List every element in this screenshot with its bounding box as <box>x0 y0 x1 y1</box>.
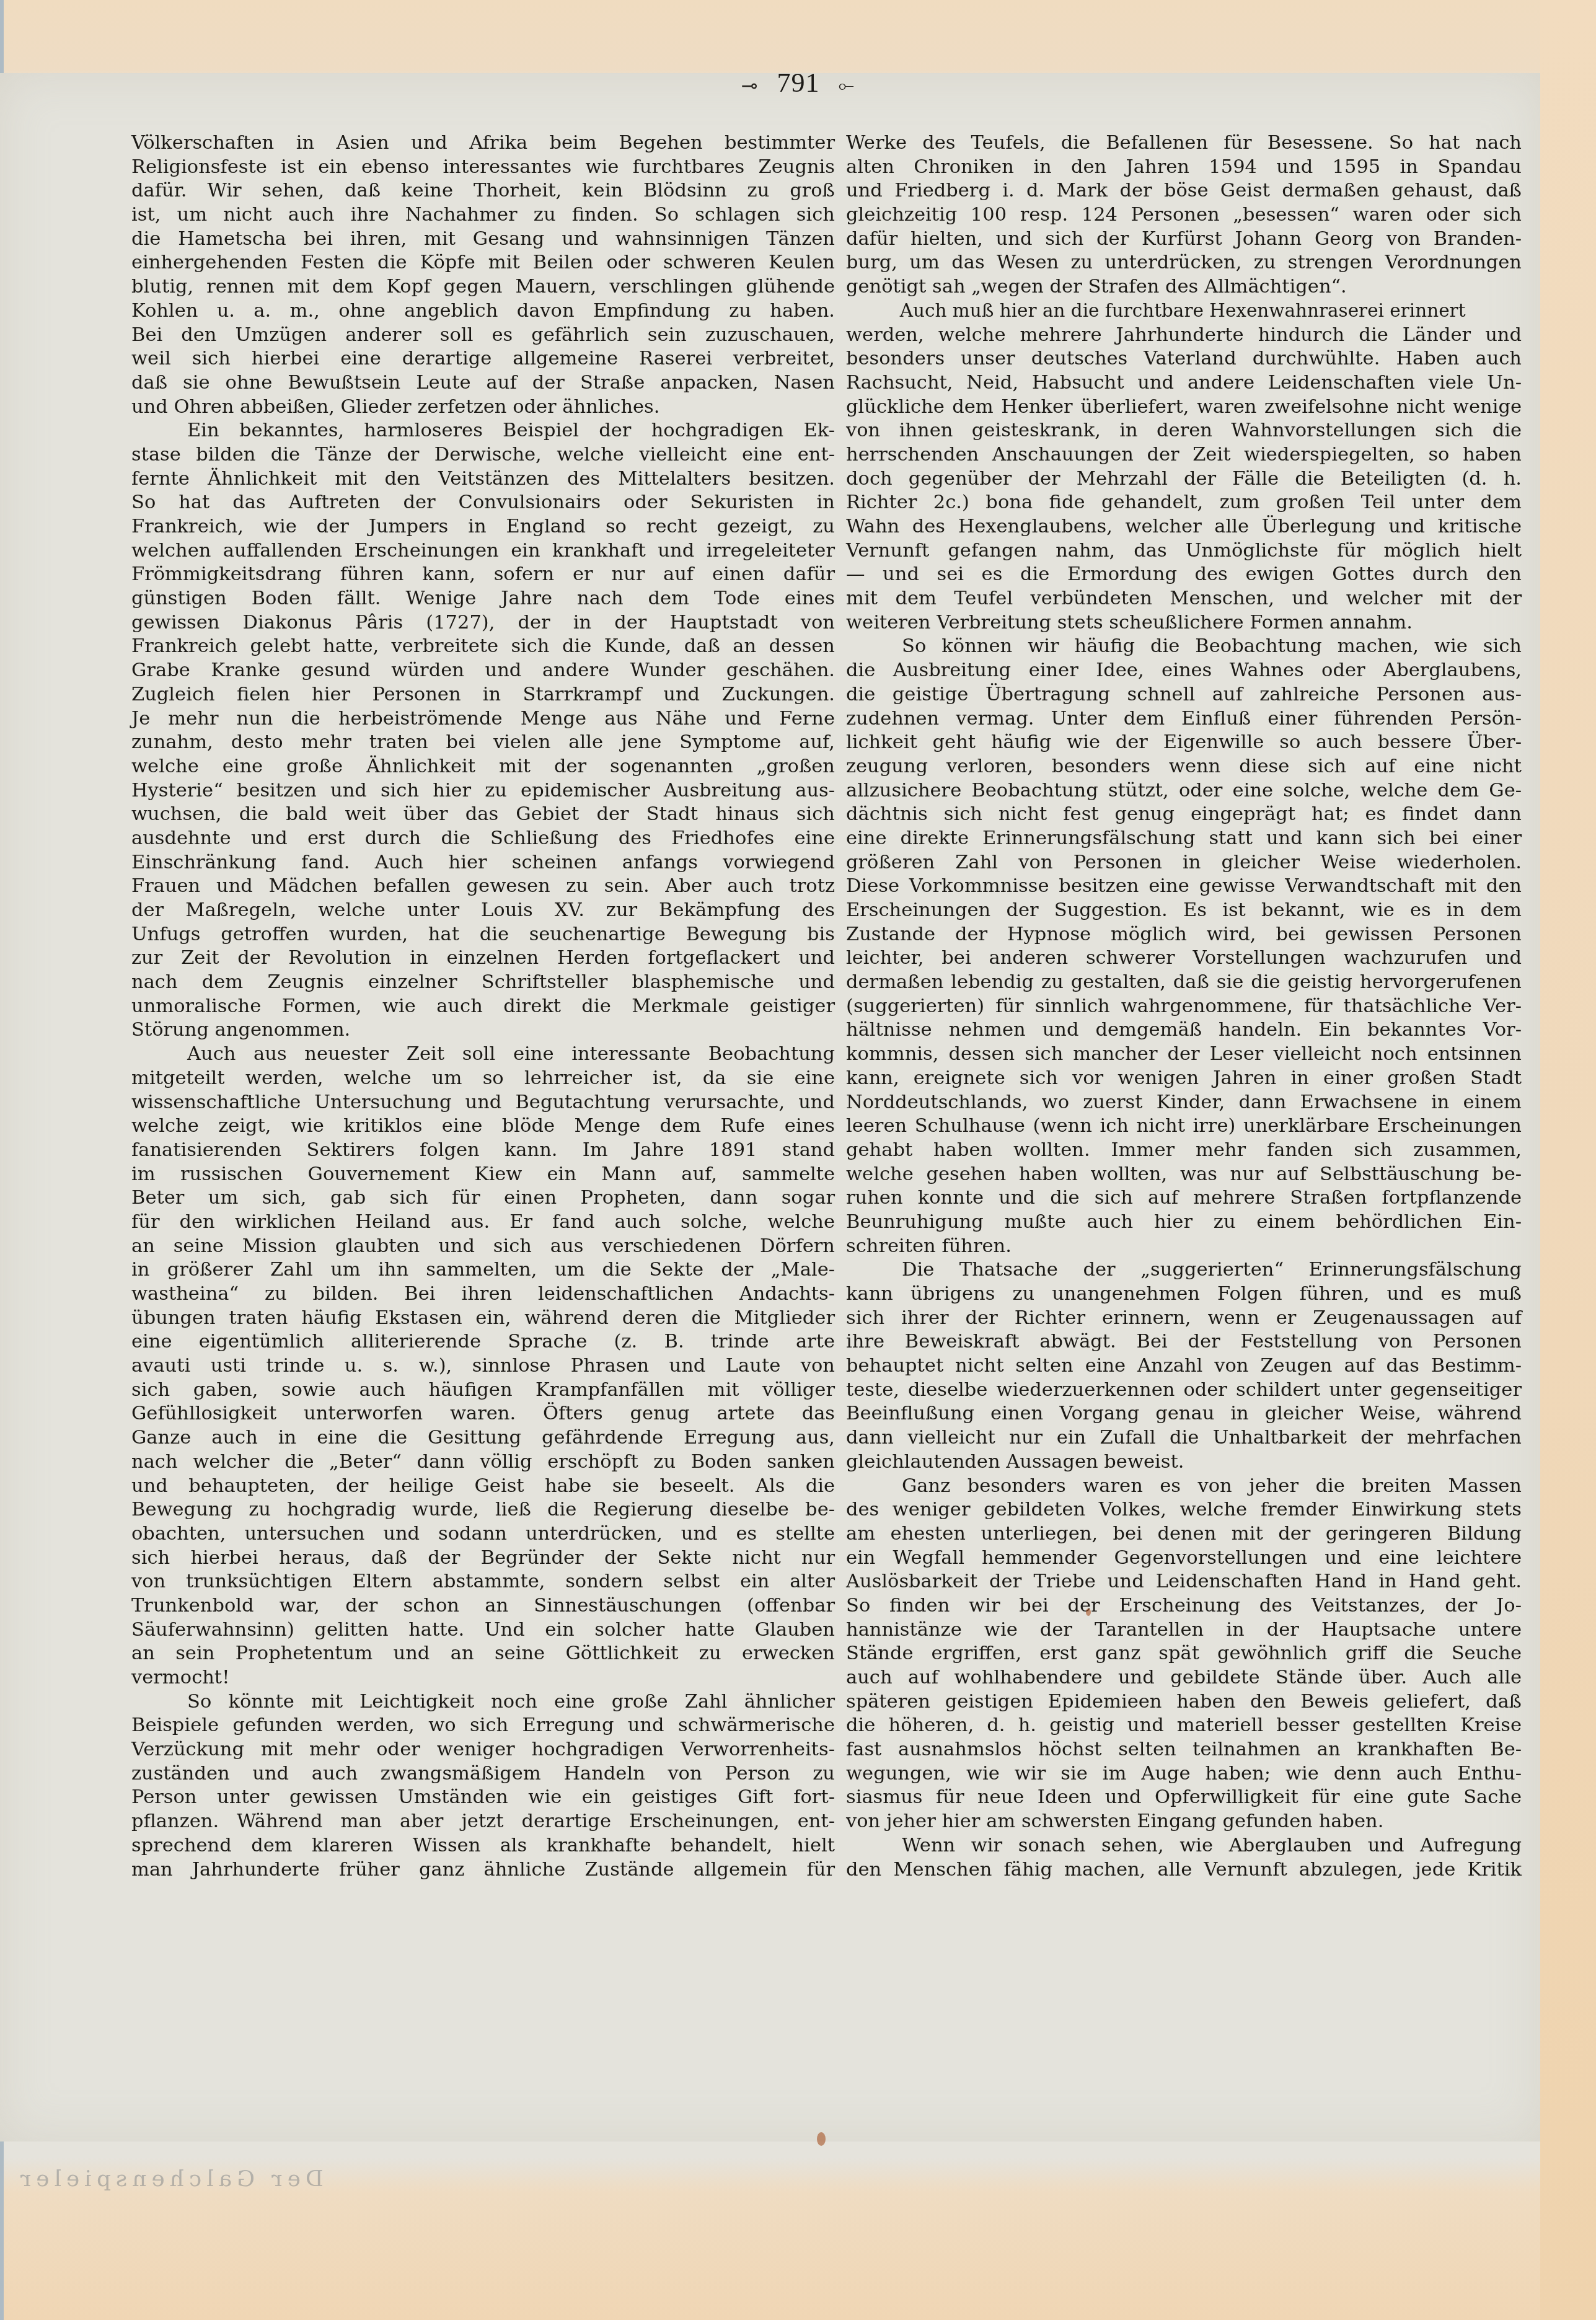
text-line: zunahm, desto mehr traten bei vielen all… <box>131 731 835 755</box>
page-right-margin <box>1540 0 1596 2320</box>
text-line: ausdehnte und erst durch die Schließung … <box>131 827 835 851</box>
text-line: ein Wegfall hemmender Gegenvorstellungen… <box>846 1546 1522 1571</box>
text-line: gleichlautenden Aussagen beweist. <box>846 1450 1522 1475</box>
text-line: mitgeteilt werden, welche um so lehrreic… <box>131 1067 835 1091</box>
text-line: Norddeutschlands, wo zuerst Kinder, dann… <box>846 1091 1522 1115</box>
text-line: Bewegung zu hochgradig wurde, ließ die R… <box>131 1498 835 1522</box>
text-line: Vernunft gefangen nahm, das Unmöglichste… <box>846 539 1522 563</box>
paragraph: Wenn wir sonach sehen, wie Aberglauben u… <box>846 1834 1522 1882</box>
text-line: Kohlen u. a. m., ohne angeblich davon Em… <box>131 299 835 324</box>
text-line: Beeinflußung einen Vorgang genau in glei… <box>846 1402 1522 1426</box>
page-number: 791 <box>777 68 820 98</box>
text-line: fanatisierenden Sektirers folgen kann. I… <box>131 1139 835 1163</box>
text-line: (suggerierten) für sinnlich wahrgenommen… <box>846 995 1522 1019</box>
text-line: Auslösbarkeit der Triebe und Leidenschaf… <box>846 1570 1522 1594</box>
text-line: Person unter gewissen Umständen wie ein … <box>131 1786 835 1810</box>
text-line: an sein Prophetentum und an seine Göttli… <box>131 1642 835 1666</box>
text-line: des weniger gebildeten Volkes, welche fr… <box>846 1498 1522 1522</box>
text-line: obachten, untersuchen und sodann unterdr… <box>131 1522 835 1546</box>
text-line: Auch aus neuester Zeit soll eine interes… <box>131 1043 835 1067</box>
text-line: ist, um nicht auch ihre Nachahmer zu fin… <box>131 203 835 227</box>
text-line: Je mehr nun die herbeiströmende Menge au… <box>131 707 835 731</box>
text-line: — und sei es die Ermordung des ewigen Go… <box>846 563 1522 587</box>
text-line: kann übrigens zu unangenehmen Folgen füh… <box>846 1282 1522 1307</box>
text-line: für den wirklichen Heiland aus. Er fand … <box>131 1211 835 1235</box>
text-line: Ganz besonders waren es von jeher die br… <box>846 1475 1522 1499</box>
paragraph: So könnte mit Leichtigkeit noch eine gro… <box>131 1690 835 1882</box>
text-line: hältnisse nehmen und demgemäß handeln. E… <box>846 1018 1522 1043</box>
text-line: und behaupteten, der heilige Geist habe … <box>131 1475 835 1499</box>
text-line: besonders unser deutsches Vaterland durc… <box>846 347 1522 371</box>
text-line: mit dem Teufel verbündeten Menschen, und… <box>846 587 1522 611</box>
text-line: Völkerschaften in Asien und Afrika beim … <box>131 131 835 156</box>
text-line: glückliche dem Henker überliefert, waren… <box>846 395 1522 420</box>
bleed-through-text: Der Galchenspieler <box>15 2166 324 2192</box>
text-line: weiteren Verbreitung stets scheußlichere… <box>846 611 1522 635</box>
text-line: Frankreich gelebt hatte, verbreitete sic… <box>131 635 835 659</box>
text-line: welche zeigt, wie kritiklos eine blöde M… <box>131 1114 835 1139</box>
text-line: Erscheinungen der Suggestion. Es ist bek… <box>846 899 1522 923</box>
text-line: von jeher hier am schwersten Eingang gef… <box>846 1810 1522 1834</box>
text-line: Beispiele gefunden werden, wo sich Erreg… <box>131 1714 835 1738</box>
text-line: teste, dieselbe wiederzuerkennen oder sc… <box>846 1378 1522 1403</box>
text-line: schreiten führen. <box>846 1235 1522 1259</box>
text-line: Hysterie“ besitzen und sich hier zu epid… <box>131 779 835 803</box>
text-line: ihre Beweiskraft abwägt. Bei der Festste… <box>846 1330 1522 1354</box>
text-line: dächtnis sich nicht fest genug eingepräg… <box>846 803 1522 827</box>
text-line: späteren geistigen Epidemieen haben den … <box>846 1690 1522 1714</box>
text-line: Beter um sich, gab sich für einen Prophe… <box>131 1186 835 1211</box>
text-line: Ein bekanntes, harmloseres Beispiel der … <box>131 419 835 443</box>
text-line: Verzückung mit mehr oder weniger hochgra… <box>131 1738 835 1762</box>
text-line: Frauen und Mädchen befallen gewesen zu s… <box>131 875 835 899</box>
text-line: Ganze auch in eine die Gesittung gefährd… <box>131 1426 835 1450</box>
text-line: Gefühllosigkeit unterworfen waren. Öfter… <box>131 1402 835 1426</box>
text-line: der Maßregeln, welche unter Louis XV. zu… <box>131 899 835 923</box>
text-line: sprechend dem klareren Wissen als krankh… <box>131 1834 835 1858</box>
text-line: wastheina“ zu bilden. Bei ihren leidensc… <box>131 1282 835 1307</box>
paragraph: Ein bekanntes, harmloseres Beispiel der … <box>131 419 835 1043</box>
text-line: man Jahrhunderte früher ganz ähnliche Zu… <box>131 1858 835 1882</box>
text-line: werden, welche mehrere Jahrhunderte hind… <box>846 324 1522 348</box>
text-line: kommnis, dessen sich mancher der Leser v… <box>846 1043 1522 1067</box>
text-line: auch auf wohlhabendere und gebildete Stä… <box>846 1666 1522 1690</box>
text-line: gleichzeitig 100 resp. 124 Personen „bes… <box>846 203 1522 227</box>
text-line: blutig, rennen mit dem Kopf gegen Mauern… <box>131 275 835 299</box>
text-line: wissenschaftliche Untersuchung und Begut… <box>131 1091 835 1115</box>
text-line: weil sich hierbei eine derartige allgeme… <box>131 347 835 371</box>
page-header: ⊸ 791 ⟜ <box>0 67 1596 99</box>
text-line: zur Zeit der Revolution in einzelnen Her… <box>131 946 835 971</box>
text-line: Störung angenommen. <box>131 1018 835 1043</box>
text-line: nach dem Zeugnis einzelner Schriftstelle… <box>131 971 835 995</box>
ornament-right-icon: ⟜ <box>839 74 855 96</box>
text-line: und Friedberg i. d. Mark der böse Geist … <box>846 179 1522 203</box>
text-line: sich hierbei heraus, daß der Begründer d… <box>131 1546 835 1571</box>
text-line: die Hametscha bei ihren, mit Gesang und … <box>131 227 835 252</box>
text-line: Die Thatsache der „suggerierten“ Erinner… <box>846 1258 1522 1282</box>
text-line: die geistige Übertragung schnell auf zah… <box>846 683 1522 707</box>
paragraph: Die Thatsache der „suggerierten“ Erinner… <box>846 1258 1522 1474</box>
text-line: zuständen und auch zwangsmäßigem Handeln… <box>131 1762 835 1786</box>
text-line: lichkeit geht häufig wie der Eigenwille … <box>846 731 1522 755</box>
text-line: welchen auffallenden Erscheinungen ein k… <box>131 539 835 563</box>
text-line: burg, um das Wesen zu unterdrücken, zu s… <box>846 251 1522 275</box>
left-column: Völkerschaften in Asien und Afrika beim … <box>131 131 835 1882</box>
text-line: von ihnen geisteskrank, in deren Wahnvor… <box>846 419 1522 443</box>
text-line: Frankreich, wie der Jumpers in England s… <box>131 515 835 539</box>
text-line: Trunkenbold war, der schon an Sinnestäus… <box>131 1594 835 1618</box>
text-line: Stände ergriffen, erst ganz spät gewöhnl… <box>846 1642 1522 1666</box>
text-line: im russischen Gouvernement Kiew ein Mann… <box>131 1163 835 1187</box>
text-line: So könnte mit Leichtigkeit noch eine gro… <box>131 1690 835 1714</box>
text-line: Bei den Umzügen anderer soll es gefährli… <box>131 324 835 348</box>
paragraph: Ganz besonders waren es von jeher die br… <box>846 1475 1522 1834</box>
text-line: eine direkte Erinnerungsfälschung statt … <box>846 827 1522 851</box>
text-line: alten Chroniken in den Jahren 1594 und 1… <box>846 156 1522 180</box>
text-line: doch gegenüber der Mehrzahl der Fälle di… <box>846 467 1522 492</box>
paragraph: Auch aus neuester Zeit soll eine interes… <box>131 1043 835 1690</box>
text-line: allzusichere Beobachtung stützt, oder ei… <box>846 779 1522 803</box>
text-line: fast ausnahmslos höchst selten teilnahme… <box>846 1738 1522 1762</box>
ink-stain <box>1086 1608 1091 1616</box>
text-line: einhergehenden Festen die Köpfe mit Beil… <box>131 251 835 275</box>
text-line: daß sie ohne Bewußtsein Leute auf der St… <box>131 371 835 395</box>
ornament-left-icon: ⊸ <box>741 74 759 97</box>
text-line: So können wir häufig die Beobachtung mac… <box>846 635 1522 659</box>
text-line: wegungen, wie wir sie im Auge haben; wie… <box>846 1762 1522 1786</box>
text-line: sich ihrer der Richter erinnern, wenn er… <box>846 1307 1522 1331</box>
text-line: pflanzen. Während man aber jetzt derarti… <box>131 1810 835 1834</box>
text-line: Beunruhigung mußte auch hier zu einem be… <box>846 1211 1522 1235</box>
text-line: Richter 2c.) bona fide gehandelt, zum gr… <box>846 491 1522 515</box>
text-line: avauti usti trinde u. s. w.), sinnlose P… <box>131 1354 835 1378</box>
text-line: Diese Vorkommnisse besitzen eine gewisse… <box>846 875 1522 899</box>
text-line: von trunksüchtigen Eltern abstammte, son… <box>131 1570 835 1594</box>
text-line: Grabe Kranke gesund würden und andere Wu… <box>131 659 835 683</box>
text-line: in größerer Zahl um ihn sammelten, um di… <box>131 1258 835 1282</box>
text-line: zudehnen vermag. Unter dem Einfluß einer… <box>846 707 1522 731</box>
text-line: Unfugs getroffen wurden, hat die seuchen… <box>131 923 835 947</box>
text-line: Zugleich fielen hier Personen in Starrkr… <box>131 683 835 707</box>
text-line: übungen traten häufig Ekstasen ein, währ… <box>131 1307 835 1331</box>
text-line: Säuferwahnsinn) gelitten hatte. Und ein … <box>131 1618 835 1643</box>
text-line: eine eigentümlich alliterierende Sprache… <box>131 1330 835 1354</box>
text-line: die höheren, d. h. geistig und materiell… <box>846 1714 1522 1738</box>
text-line: behauptet nicht selten eine Anzahl von Z… <box>846 1354 1522 1378</box>
text-line: Wahn des Hexenglaubens, welcher alle Übe… <box>846 515 1522 539</box>
text-line: dermaßen lebendig zu gestalten, daß sie … <box>846 971 1522 995</box>
paragraph: So können wir häufig die Beobachtung mac… <box>846 635 1522 1258</box>
text-line: an seine Mission glaubten und sich aus v… <box>131 1235 835 1259</box>
text-line: nach welcher die „Beter“ dann völlig ers… <box>131 1450 835 1475</box>
text-line: hannistänze wie der Tarantellen in der H… <box>846 1618 1522 1643</box>
text-line: und Ohren abbeißen, Glieder zerfetzen od… <box>131 395 835 420</box>
text-line: stase bilden die Tänze der Derwische, we… <box>131 443 835 467</box>
text-line: gewissen Diakonus Pâris (1727), der in d… <box>131 611 835 635</box>
text-line: zeugung verloren, besonders wenn diese s… <box>846 755 1522 779</box>
paragraph: Auch muß hier an die furchtbare Hexenwah… <box>846 299 1522 635</box>
text-line: So hat das Auftreten der Convulsionairs … <box>131 491 835 515</box>
text-line: leichter, bei anderen schwerer Vorstellu… <box>846 946 1522 971</box>
text-line: ruhen konnte und die sich auf mehrere St… <box>846 1186 1522 1211</box>
text-line: herrschenden Anschauungen der Zeit wiede… <box>846 443 1522 467</box>
text-line: genötigt sah „wegen der Strafen des Allm… <box>846 275 1522 299</box>
text-line: Einschränkung fand. Auch hier scheinen a… <box>131 851 835 875</box>
paragraph: Völkerschaften in Asien und Afrika beim … <box>131 131 835 419</box>
text-line: unmoralische Formen, wie auch direkt die… <box>131 995 835 1019</box>
text-line: kann, ereignete sich vor wenigen Jahren … <box>846 1067 1522 1091</box>
text-line: günstigen Boden fällt. Wenige Jahre nach… <box>131 587 835 611</box>
paragraph: Werke des Teufels, die Befallenen für Be… <box>846 131 1522 299</box>
text-line: dafür hielten, und sich der Kurfürst Joh… <box>846 227 1522 252</box>
text-line: größeren Zahl von Personen in gleicher W… <box>846 851 1522 875</box>
text-line: am ehesten unterliegen, bei denen mit de… <box>846 1522 1522 1546</box>
text-line: Frömmigkeitsdrang führen kann, sofern er… <box>131 563 835 587</box>
text-line: gehabt haben wollten. Immer mehr fanden … <box>846 1139 1522 1163</box>
text-line: Rachsucht, Neid, Habsucht und andere Lei… <box>846 371 1522 395</box>
text-line: So finden wir bei der Erscheinung des Ve… <box>846 1594 1522 1618</box>
text-line: Zustande der Hypnose möglich wird, bei g… <box>846 923 1522 947</box>
text-line: die Ausbreitung einer Idee, eines Wahnes… <box>846 659 1522 683</box>
text-line: dann vielleicht nur ein Zufall die Unhal… <box>846 1426 1522 1450</box>
text-line: Werke des Teufels, die Befallenen für Be… <box>846 131 1522 156</box>
text-line: Religionsfeste ist ein ebenso interessan… <box>131 156 835 180</box>
text-line: leeren Schulhause (wenn ich nicht irre) … <box>846 1114 1522 1139</box>
text-line: welche eine große Ähnlichkeit mit der so… <box>131 755 835 779</box>
text-line: welche gesehen haben wollten, was nur au… <box>846 1163 1522 1187</box>
text-line: vermocht! <box>131 1666 835 1690</box>
text-line: dafür. Wir sehen, daß keine Thorheit, ke… <box>131 179 835 203</box>
text-line: Auch muß hier an die furchtbare Hexenwah… <box>846 299 1466 324</box>
text-line: siasmus für neue Ideen und Opferwilligke… <box>846 1786 1522 1810</box>
ink-stain <box>817 2132 826 2146</box>
text-line: den Menschen fähig machen, alle Vernunft… <box>846 1858 1522 1882</box>
text-line: Wenn wir sonach sehen, wie Aberglauben u… <box>846 1834 1522 1858</box>
text-line: wuchsen, die bald weit über das Gebiet d… <box>131 803 835 827</box>
text-line: sich gaben, sowie auch häufigen Krampfan… <box>131 1378 835 1403</box>
right-column: Werke des Teufels, die Befallenen für Be… <box>846 131 1522 1882</box>
text-line: fernte Ähnlichkeit mit den Veitstänzen d… <box>131 467 835 492</box>
